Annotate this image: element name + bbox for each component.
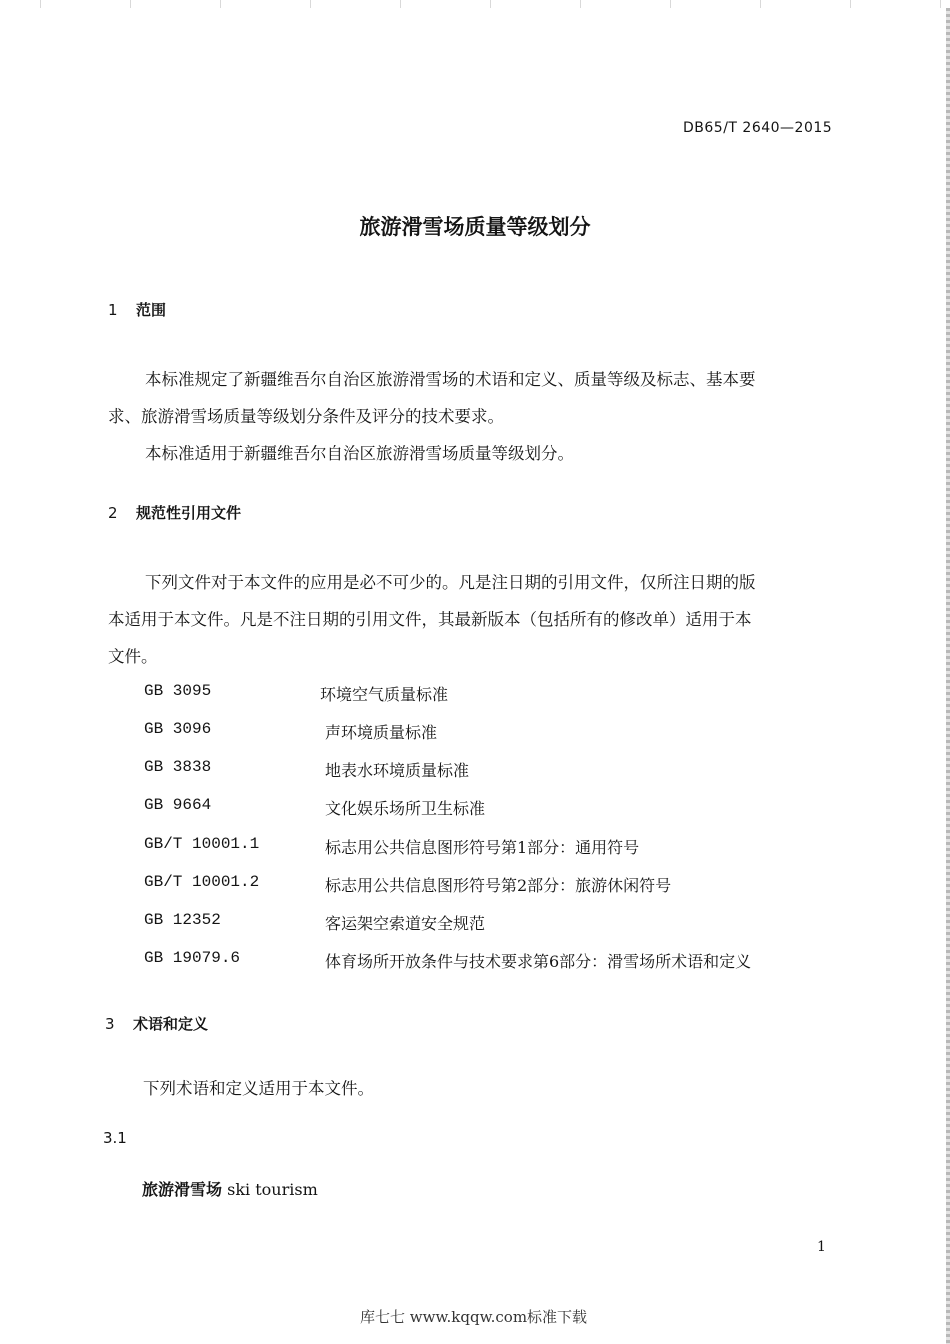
paragraph: 文件。 [108, 643, 158, 667]
section-1-heading: 1范围 [108, 299, 166, 320]
reference-title: 环境空气质量标准 [320, 682, 448, 705]
paragraph: 本适用于本文件。凡是不注日期的引用文件，其最新版本（包括所有的修改单）适用于本 [108, 606, 752, 630]
term-english: ski tourism [227, 1180, 318, 1199]
reference-title: 声环境质量标准 [325, 720, 437, 743]
reference-code: GB 3096 [144, 720, 211, 738]
reference-title: 标志用公共信息图形符号第2部分：旅游休闲符号 [325, 873, 671, 896]
page-number: 1 [817, 1239, 826, 1255]
section-title: 术语和定义 [133, 1015, 208, 1033]
reference-code: GB/T 10001.2 [144, 873, 259, 891]
section-number: 1 [108, 301, 136, 319]
subsection-number: 3.1 [103, 1129, 127, 1147]
footer-watermark: 库七七 www.kqqw.com标准下载 [360, 1306, 587, 1327]
reference-title: 文化娱乐场所卫生标准 [325, 796, 485, 819]
paragraph: 本标准适用于新疆维吾尔自治区旅游滑雪场质量等级划分。 [145, 440, 574, 464]
reference-code: GB 3838 [144, 758, 211, 776]
reference-code: GB 3095 [144, 682, 211, 700]
section-2-heading: 2规范性引用文件 [108, 502, 241, 523]
paragraph: 下列术语和定义适用于本文件。 [143, 1075, 374, 1099]
reference-title: 标志用公共信息图形符号第1部分：通用符号 [325, 835, 639, 858]
document-title: 旅游滑雪场质量等级划分 [0, 211, 950, 241]
section-number: 3 [105, 1015, 133, 1033]
section-3-heading: 3术语和定义 [105, 1013, 208, 1034]
reference-title: 地表水环境质量标准 [325, 758, 469, 781]
paragraph: 本标准规定了新疆维吾尔自治区旅游滑雪场的术语和定义、质量等级及标志、基本要 [145, 366, 756, 390]
term-entry: 旅游滑雪场 ski tourism [142, 1177, 318, 1200]
section-number: 2 [108, 504, 136, 522]
reference-code: GB 9664 [144, 796, 211, 814]
reference-code: GB 19079.6 [144, 949, 240, 967]
paragraph: 下列文件对于本文件的应用是必不可少的。凡是注日期的引用文件，仅所注日期的版 [145, 569, 756, 593]
scan-artifact-top [0, 0, 950, 8]
term-chinese: 旅游滑雪场 [142, 1180, 222, 1199]
reference-code: GB 12352 [144, 911, 221, 929]
scan-artifact-right-edge [946, 8, 950, 1344]
reference-code: GB/T 10001.1 [144, 835, 259, 853]
section-title: 范围 [136, 301, 166, 319]
section-title: 规范性引用文件 [136, 504, 241, 522]
standard-code: DB65/T 2640—2015 [683, 120, 832, 136]
reference-title: 体育场所开放条件与技术要求第6部分：滑雪场所术语和定义 [325, 949, 751, 972]
reference-title: 客运架空索道安全规范 [325, 911, 485, 934]
paragraph: 求、旅游滑雪场质量等级划分条件及评分的技术要求。 [108, 403, 504, 427]
